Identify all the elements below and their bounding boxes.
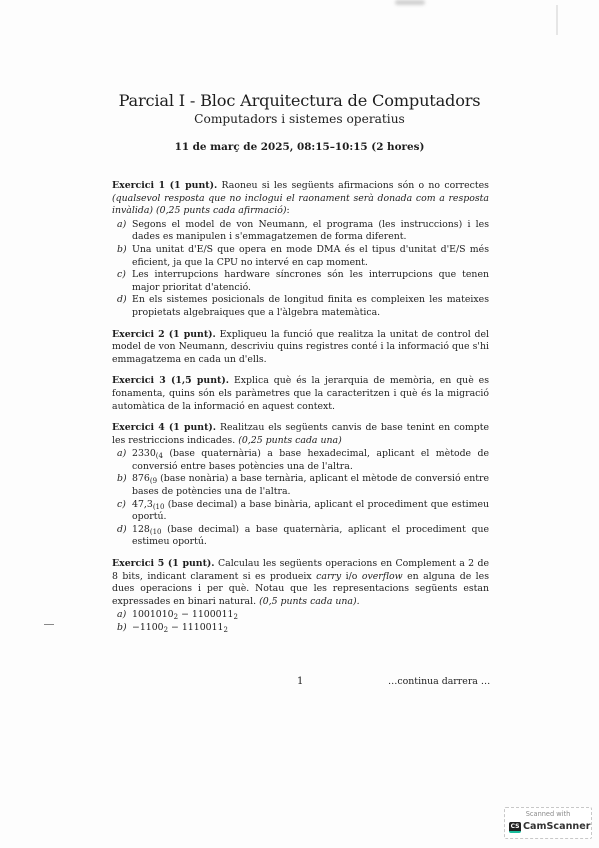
exercise-items: a)Segons el model de von Neumann, el pro… (112, 219, 489, 320)
list-item: b)876(9 (base nonària) a base ternària, … (113, 473, 489, 498)
exam-date: 11 de març de 2025, 08:15–10:15 (2 hores… (0, 141, 599, 153)
scan-smudge (395, 0, 425, 5)
exercise-note: (0,5 punts cada una). (259, 596, 360, 607)
exam-subtitle: Computadors i sistemes operatius (0, 112, 599, 126)
exercise-3: Exercici 3 (1,5 punt). Explica què és la… (112, 375, 489, 413)
list-item: a)Segons el model de von Neumann, el pro… (113, 219, 489, 244)
list-item: c)47,3(10 (base decimal) a base binària,… (113, 499, 489, 524)
exercise-5: Exercici 5 (1 punt). Calculau les següen… (112, 558, 489, 635)
exercise-heading: Exercici 3 (1,5 punt). (112, 375, 229, 386)
exercise-4: Exercici 4 (1 punt). Realitzau els següe… (112, 422, 489, 549)
exercise-heading: Exercici 5 (1 punt). (112, 558, 215, 569)
exercise-items: a)2330(4 (base quaternària) a base hexad… (112, 448, 489, 549)
exercise-1: Exercici 1 (1 punt). Raoneu si les següe… (112, 180, 489, 320)
list-item: c)Les interrupcions hardware síncrones s… (113, 269, 489, 294)
exercise-heading: Exercici 1 (1 punt). (112, 180, 217, 191)
exercise-heading: Exercici 2 (1 punt). (112, 329, 216, 340)
list-item: b)Una unitat d'E/S que opera en mode DMA… (113, 244, 489, 269)
watermark-brand: CamScanner (523, 821, 590, 832)
camscanner-watermark: Scanned with CS CamScanner (504, 807, 592, 839)
exercise-note: (qualsevol resposta que no inclogui el r… (112, 193, 489, 217)
list-item: d)128(10 (base decimal) a base quaternàr… (113, 524, 489, 549)
list-item: a)10010102 − 11000112 (113, 609, 489, 622)
exam-page: Parcial I - Bloc Arquitectura de Computa… (0, 0, 599, 848)
exercise-text: Raoneu si les següents afirmacions són o… (222, 180, 489, 191)
exercise-2: Exercici 2 (1 punt). Expliqueu la funció… (112, 329, 489, 367)
watermark-caption: Scanned with (505, 810, 591, 818)
list-item: b)−11002 − 11100112 (113, 622, 489, 635)
exam-title: Parcial I - Bloc Arquitectura de Computa… (0, 91, 599, 110)
exercise-note: (0,25 punts cada una) (238, 435, 342, 446)
scan-edge (556, 5, 558, 35)
continue-note: …continua darrera … (388, 676, 490, 687)
camscanner-logo-icon: CS (509, 822, 521, 833)
margin-mark (44, 624, 54, 625)
list-item: a)2330(4 (base quaternària) a base hexad… (113, 448, 489, 473)
page-number: 1 (297, 676, 303, 687)
exercise-heading: Exercici 4 (1 punt). (112, 422, 216, 433)
exercise-items: a)10010102 − 11000112 b)−11002 − 1110011… (112, 609, 489, 634)
list-item: d)En els sistemes posicionals de longitu… (113, 294, 489, 319)
exam-content: Exercici 1 (1 punt). Raoneu si les següe… (112, 180, 489, 644)
